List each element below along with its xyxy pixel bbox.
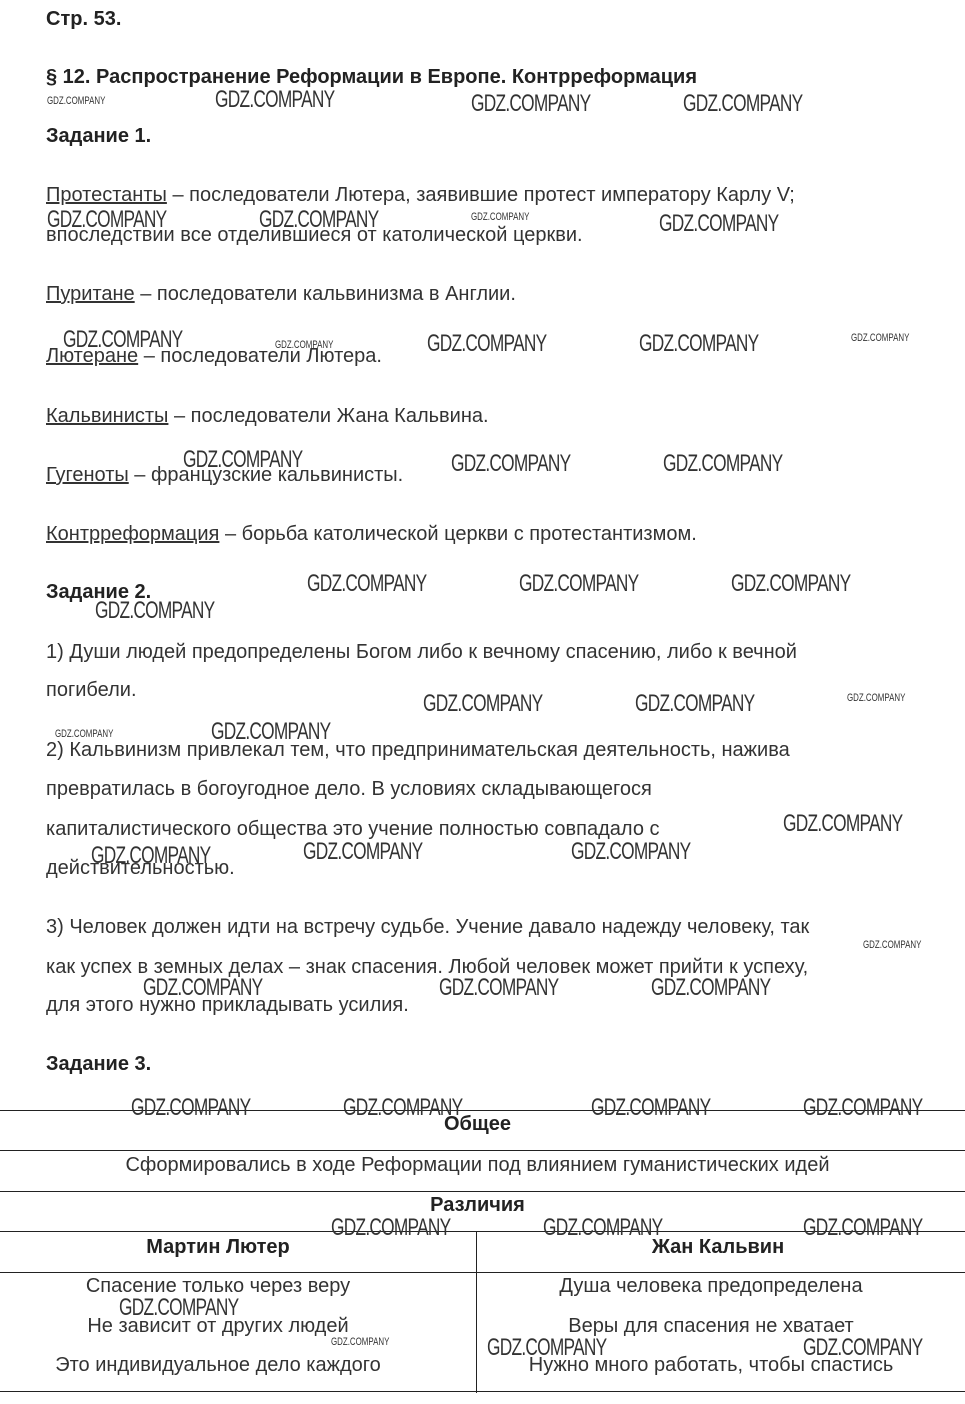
table-border: [0, 1191, 965, 1192]
term: Протестанты: [46, 184, 167, 206]
watermark: GDZ.COMPANY: [259, 206, 378, 234]
answer-3: 3) Человек должен идти на встречу судьбе…: [46, 916, 809, 939]
definition: – борьба католической церкви с протестан…: [219, 523, 696, 545]
watermark: GDZ.COMPANY: [731, 570, 850, 598]
watermark: GDZ.COMPANY: [683, 90, 802, 118]
term: Кальвинисты: [46, 405, 168, 427]
watermark: GDZ.COMPANY: [519, 570, 638, 598]
watermark: GDZ.COMPANY: [303, 838, 422, 866]
watermark: GDZ.COMPANY: [639, 330, 758, 358]
common-text: Сформировались в ходе Реформации под вли…: [0, 1154, 955, 1177]
watermark: GDZ.COMPANY: [95, 597, 214, 625]
term: Пуритане: [46, 283, 135, 305]
watermark: GDZ.COMPANY: [451, 450, 570, 478]
watermark: GDZ.COMPANY: [783, 810, 902, 838]
term: Лютеране: [46, 345, 138, 367]
watermark: GDZ.COMPANY: [487, 1334, 606, 1362]
watermark: GDZ.COMPANY: [343, 1094, 462, 1122]
watermark: GDZ.COMPANY: [803, 1334, 922, 1362]
watermark: GDZ.COMPANY: [427, 330, 546, 358]
table-border: [0, 1391, 965, 1392]
page-ref: Стр. 53.: [46, 8, 121, 31]
watermark: GDZ.COMPANY: [591, 1094, 710, 1122]
table-border: [0, 1150, 965, 1151]
watermark: GDZ.COMPANY: [119, 1294, 238, 1322]
task3-title: Задание 3.: [46, 1053, 151, 1076]
watermark: GDZ.COMPANY: [143, 974, 262, 1002]
term: Контрреформация: [46, 523, 219, 545]
watermark: GDZ.COMPANY: [635, 690, 754, 718]
term-protestants: Протестанты – последователи Лютера, заяв…: [46, 184, 795, 207]
calvin-point: Душа человека предопределена: [476, 1275, 946, 1298]
watermark: GDZ.COMPANY: [471, 211, 529, 223]
watermark: GDZ.COMPANY: [439, 974, 558, 1002]
term: Гугеноты: [46, 464, 129, 486]
watermark: GDZ.COMPANY: [131, 1094, 250, 1122]
answer-2: 2) Кальвинизм привлекал тем, что предпри…: [46, 739, 790, 762]
watermark: GDZ.COMPANY: [423, 690, 542, 718]
watermark: GDZ.COMPANY: [471, 90, 590, 118]
definition: – последователи Лютера, заявившие протес…: [167, 184, 795, 206]
term-huguenots: Гугеноты – французские кальвинисты.: [46, 464, 403, 487]
watermark: GDZ.COMPANY: [659, 210, 778, 238]
definition: – последователи кальвинизма в Англии.: [135, 283, 516, 305]
definition: – французские кальвинисты.: [129, 464, 404, 486]
answer-2-cont: превратилась в богоугодное дело. В услов…: [46, 778, 652, 801]
section-title: § 12. Распространение Реформации в Европ…: [46, 66, 697, 89]
watermark: GDZ.COMPANY: [803, 1094, 922, 1122]
watermark: GDZ.COMPANY: [571, 838, 690, 866]
answer-1: 1) Души людей предопределены Богом либо …: [46, 641, 797, 664]
definition: – последователи Жана Кальвина.: [168, 405, 488, 427]
watermark: GDZ.COMPANY: [47, 95, 105, 107]
term-calvinists: Кальвинисты – последователи Жана Кальвин…: [46, 405, 489, 428]
watermark: GDZ.COMPANY: [847, 692, 905, 704]
answer-1-cont: погибели.: [46, 679, 137, 702]
luther-point: Это индивидуальное дело каждого: [0, 1354, 436, 1377]
watermark: GDZ.COMPANY: [863, 939, 921, 951]
watermark: GDZ.COMPANY: [803, 1214, 922, 1242]
watermark: GDZ.COMPANY: [307, 570, 426, 598]
watermark: GDZ.COMPANY: [331, 1214, 450, 1242]
watermark: GDZ.COMPANY: [663, 450, 782, 478]
table-border: [0, 1272, 965, 1273]
term-puritans: Пуритане – последователи кальвинизма в А…: [46, 283, 516, 306]
watermark: GDZ.COMPANY: [331, 1336, 389, 1348]
definition: – последователи Лютера.: [138, 345, 382, 367]
term-counterreformation: Контрреформация – борьба католической це…: [46, 523, 697, 546]
watermark: GDZ.COMPANY: [215, 86, 334, 114]
watermark: GDZ.COMPANY: [47, 206, 166, 234]
watermark: GDZ.COMPANY: [651, 974, 770, 1002]
task1-title: Задание 1.: [46, 125, 151, 148]
watermark: GDZ.COMPANY: [91, 842, 210, 870]
term-lutherans: Лютеране – последователи Лютера.: [46, 345, 382, 368]
watermark: GDZ.COMPANY: [851, 332, 909, 344]
watermark: GDZ.COMPANY: [543, 1214, 662, 1242]
